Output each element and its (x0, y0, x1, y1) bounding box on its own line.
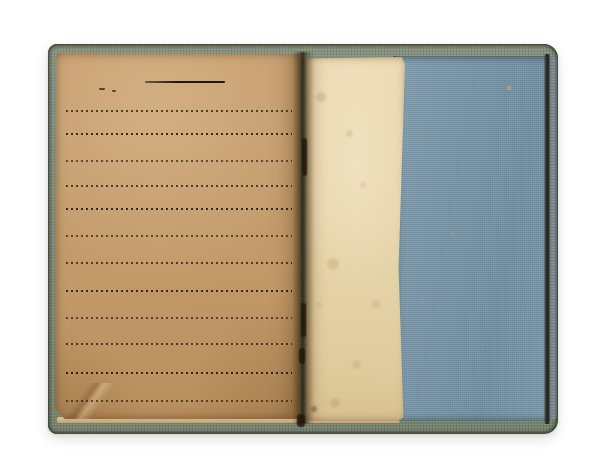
left-page (55, 53, 299, 419)
ruled-line (66, 133, 292, 135)
binding-stitch (297, 414, 305, 427)
ruled-line (66, 185, 292, 187)
cloth-age-speck (420, 301, 423, 304)
ink-speck (99, 88, 105, 90)
foxing-spot (372, 300, 380, 308)
foxing-spot (352, 360, 361, 369)
ruled-line (66, 262, 292, 264)
photo-canvas (0, 0, 612, 468)
notebook (48, 44, 558, 434)
cover-right-edge (550, 56, 557, 420)
binding-stitch (301, 303, 306, 337)
cloth-age-speck (481, 343, 484, 346)
binding-stitch (299, 348, 305, 364)
flyleaf-page (306, 57, 405, 421)
ruled-line (66, 290, 292, 292)
ruled-line (66, 372, 292, 374)
foxing-spot (360, 182, 366, 188)
ruled-line (66, 343, 292, 345)
ruled-line (66, 400, 292, 402)
foxing-spot (327, 258, 339, 270)
gutter-shadow (292, 52, 314, 424)
title-rule-line (145, 81, 225, 83)
foxing-spot (316, 92, 326, 102)
cloth-age-speck (507, 86, 511, 90)
ruled-line (66, 160, 292, 162)
inside-back-cover-fabric (393, 56, 546, 421)
cloth-age-speck (451, 232, 454, 235)
foxing-spot (330, 398, 340, 408)
ruled-line (66, 317, 292, 319)
ruled-line (66, 208, 292, 210)
ruled-line (66, 235, 292, 237)
foxing-spot (316, 302, 322, 308)
foxing-spot (346, 130, 353, 137)
ruled-line (66, 110, 292, 112)
binding-stitch (302, 138, 307, 176)
ink-speck (112, 90, 116, 92)
